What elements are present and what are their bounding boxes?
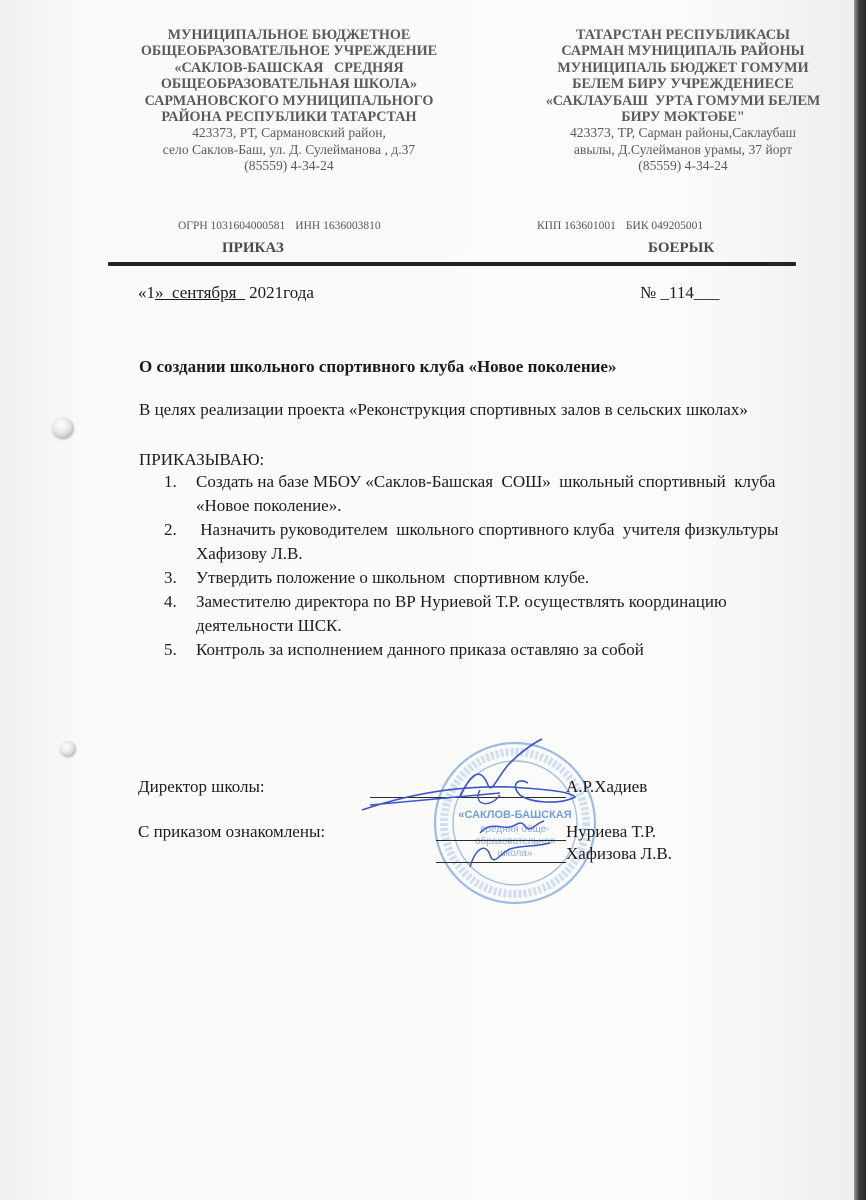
letterhead-left-line: ОБЩЕОБРАЗОВАТЕЛЬНОЕ УЧРЕЖДЕНИЕ <box>104 43 474 59</box>
letterhead-right-line: «САКЛАУБАШ УРТА ГОМУМИ БЕЛЕМ <box>500 93 866 109</box>
acquaint-signature-line-1 <box>436 840 566 841</box>
scan-border <box>854 0 866 1200</box>
requisites-left: ОГРН 1031604000581ИНН 1636003810 <box>178 220 381 232</box>
director-signature-line <box>370 797 566 798</box>
doc-type-ru: ПРИКАЗ <box>222 240 284 257</box>
letterhead-left-line: «САКЛОВ-БАШСКАЯ СРЕДНЯЯ <box>104 60 474 76</box>
letterhead-right-line: САРМАН МУНИЦИПАЛЬ РАЙОНЫ <box>500 43 866 59</box>
letterhead-right-address: авылы, Д.Сулейманов урамы, 37 йорт <box>500 142 866 158</box>
item-text: Заместителю директора по ВР Нуриевой Т.Р… <box>196 592 731 635</box>
order-preamble: В целях реализации проекта «Реконструкци… <box>139 399 819 420</box>
director-label: Директор школы: <box>138 777 265 797</box>
letterhead-right-line: БЕЛЕМ БИРУ УЧРЕЖДЕНИЕСЕ <box>500 76 866 92</box>
order-date: «1» сентября_ 2021года <box>138 283 314 303</box>
item-text: Утвердить положение о школьном спортивно… <box>196 568 589 587</box>
item-number: 5. <box>164 638 177 662</box>
date-year: 2021года <box>245 283 314 302</box>
letterhead-right-line: БИРУ МӘКТӘБЕ" <box>500 109 866 125</box>
item-number: 3. <box>164 566 177 590</box>
item-number: 4. <box>164 590 177 614</box>
letterhead-right-address: 423373, ТР, Сарман районы,Саклаубаш <box>500 125 866 141</box>
letterhead-right-line: ТАТАРСТАН РЕСПУБЛИКАСЫ <box>500 27 866 43</box>
letterhead-left: МУНИЦИПАЛЬНОЕ БЮДЖЕТНОЕ ОБЩЕОБРАЗОВАТЕЛЬ… <box>104 27 474 175</box>
letterhead-left-line: МУНИЦИПАЛЬНОЕ БЮДЖЕТНОЕ <box>104 27 474 43</box>
letterhead-left-line: САРМАНОВСКОГО МУНИЦИПАЛЬНОГО <box>104 93 474 109</box>
letterhead-left-line: ОБЩЕОБРАЗОВАТЕЛЬНАЯ ШКОЛА» <box>104 76 474 92</box>
requisites-right: КПП 163601001БИК 049205001 <box>537 220 703 232</box>
letterhead-right-phone: (85559) 4-34-24 <box>500 158 866 174</box>
letterhead-left-phone: (85559) 4-34-24 <box>104 158 474 174</box>
item-text: Создать на базе МБОУ «Саклов-Башская СОШ… <box>196 472 780 515</box>
letterhead-left-address: село Саклов-Баш, ул. Д. Сулейманова , д.… <box>104 142 474 158</box>
letterhead-left-line: РАЙОНА РЕСПУБЛИКИ ТАТАРСТАН <box>104 109 474 125</box>
director-name: А.Р.Хадиев <box>566 777 647 797</box>
svg-text:средняя обще-: средняя обще- <box>480 823 549 835</box>
acquainted-label: С приказом ознакомлены: <box>138 822 325 842</box>
date-month: » сентября_ <box>155 283 245 302</box>
order-item: 5.Контроль за исполнением данного приказ… <box>139 638 789 662</box>
order-number: № _114___ <box>640 283 719 303</box>
inn: ИНН 1636003810 <box>295 220 380 232</box>
acquainted-name: Нуриева Т.Р. <box>566 822 656 842</box>
item-text: Назначить руководителем школьного спорти… <box>196 520 783 563</box>
doc-type-tt: БОЕРЫК <box>648 240 714 257</box>
order-title: О создании школьного спортивного клуба «… <box>139 357 616 377</box>
order-item: 2. Назначить руководителем школьного спо… <box>139 518 789 566</box>
acquaint-signature-line-2 <box>436 862 566 863</box>
date-day: «1 <box>138 283 155 302</box>
letterhead-right: ТАТАРСТАН РЕСПУБЛИКАСЫ САРМАН МУНИЦИПАЛЬ… <box>500 27 866 175</box>
header-divider <box>108 262 796 266</box>
order-item: 1.Создать на базе МБОУ «Саклов-Башская С… <box>139 470 789 518</box>
document-page: МУНИЦИПАЛЬНОЕ БЮДЖЕТНОЕ ОБЩЕОБРАЗОВАТЕЛЬ… <box>0 0 854 1200</box>
svg-text:«САКЛОВ-БАШСКАЯ: «САКЛОВ-БАШСКАЯ <box>458 809 571 821</box>
item-number: 1. <box>164 470 177 494</box>
punch-hole-icon <box>60 741 76 757</box>
letterhead-right-line: МУНИЦИПАЛЬ БЮДЖЕТ ГОМУМИ <box>500 60 866 76</box>
ogrn: ОГРН 1031604000581 <box>178 220 285 232</box>
svg-text:школа»: школа» <box>498 848 533 859</box>
punch-hole-icon <box>52 417 74 439</box>
bik: БИК 049205001 <box>626 220 703 232</box>
item-number: 2. <box>164 518 177 542</box>
order-items: 1.Создать на базе МБОУ «Саклов-Башская С… <box>139 470 789 662</box>
acquainted-name: Хафизова Л.В. <box>566 844 672 864</box>
order-directive: ПРИКАЗЫВАЮ: <box>139 450 264 470</box>
order-item: 4.Заместителю директора по ВР Нуриевой Т… <box>139 590 789 638</box>
order-item: 3.Утвердить положение о школьном спортив… <box>139 566 789 590</box>
kpp: КПП 163601001 <box>537 220 616 232</box>
svg-text:образовательная: образовательная <box>475 835 555 847</box>
letterhead-left-address: 423373, РТ, Сармановский район, <box>104 125 474 141</box>
item-text: Контроль за исполнением данного приказа … <box>196 640 644 659</box>
